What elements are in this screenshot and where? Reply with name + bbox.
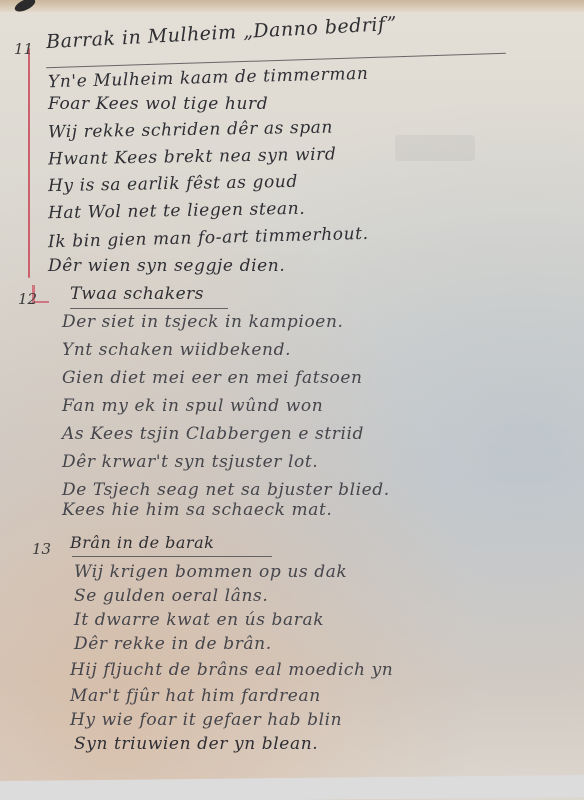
poem-line: Ynt schaken wiidbekend. — [62, 340, 291, 360]
poem-line: It dwarre kwat en ús barak — [74, 610, 324, 630]
poem-line: Ik bin gien man fo-art timmerhout. — [48, 224, 369, 252]
poem-line: Fan my ek in spul wûnd won — [62, 396, 323, 416]
poem-line: Dêr krwar't syn tsjuster lot. — [62, 452, 318, 472]
poem-line: Gien diet mei eer en mei fatsoen — [62, 368, 363, 388]
poem-line: Wij rekke schriden dêr as span — [48, 118, 333, 143]
poem-title: Barrak in Mulheim „Danno bedrif” — [46, 13, 398, 53]
poem-number: 11 — [14, 40, 33, 58]
poem-line: Se gulden oeral lâns. — [74, 586, 268, 606]
poem-line: Hy is sa earlik fêst as goud — [48, 172, 298, 196]
poem-number: 12 — [18, 290, 37, 308]
poem-line: Foar Kees wol tige hurd — [48, 94, 268, 114]
poem-number: 13 — [32, 540, 51, 558]
surface-below-paper — [0, 775, 584, 800]
poem-line: Hy wie foar it gefaer hab blin — [70, 710, 342, 730]
poem-line: Mar't fjûr hat him fardrean — [70, 686, 321, 706]
poem-line: Dêr rekke in de brân. — [74, 634, 272, 654]
poem-title: Brân in de barak — [70, 533, 214, 552]
title-underline — [72, 556, 272, 557]
poem-line: Dêr wien syn seggje dien. — [48, 256, 285, 276]
poem-line: Kees hie him sa schaeck mat. — [62, 500, 332, 520]
poem-line: De Tsjech seag net sa bjuster blied. — [62, 480, 390, 500]
manuscript-page: 11 Barrak in Mulheim „Danno bedrif” Yn'e… — [0, 0, 584, 800]
faint-bleed-through — [395, 135, 475, 161]
poem-title: Twaa schakers — [70, 284, 204, 304]
poem-line: Hij fljucht de brâns eal moedich yn — [70, 660, 393, 680]
red-margin-line — [28, 48, 30, 278]
paper-top-edge — [0, 0, 584, 12]
poem-line: As Kees tsjin Clabbergen e striid — [62, 424, 364, 444]
poem-line: Yn'e Mulheim kaam de timmerman — [48, 64, 369, 92]
poem-line: Hwant Kees brekt nea syn wird — [48, 144, 337, 169]
title-underline — [70, 308, 228, 309]
poem-line: Wij krigen bommen op us dak — [74, 562, 347, 582]
poem-line: Der siet in tsjeck in kampioen. — [62, 312, 344, 332]
poem-line: Syn triuwien der yn blean. — [74, 734, 318, 754]
poem-line: Hat Wol net te liegen stean. — [48, 199, 306, 223]
